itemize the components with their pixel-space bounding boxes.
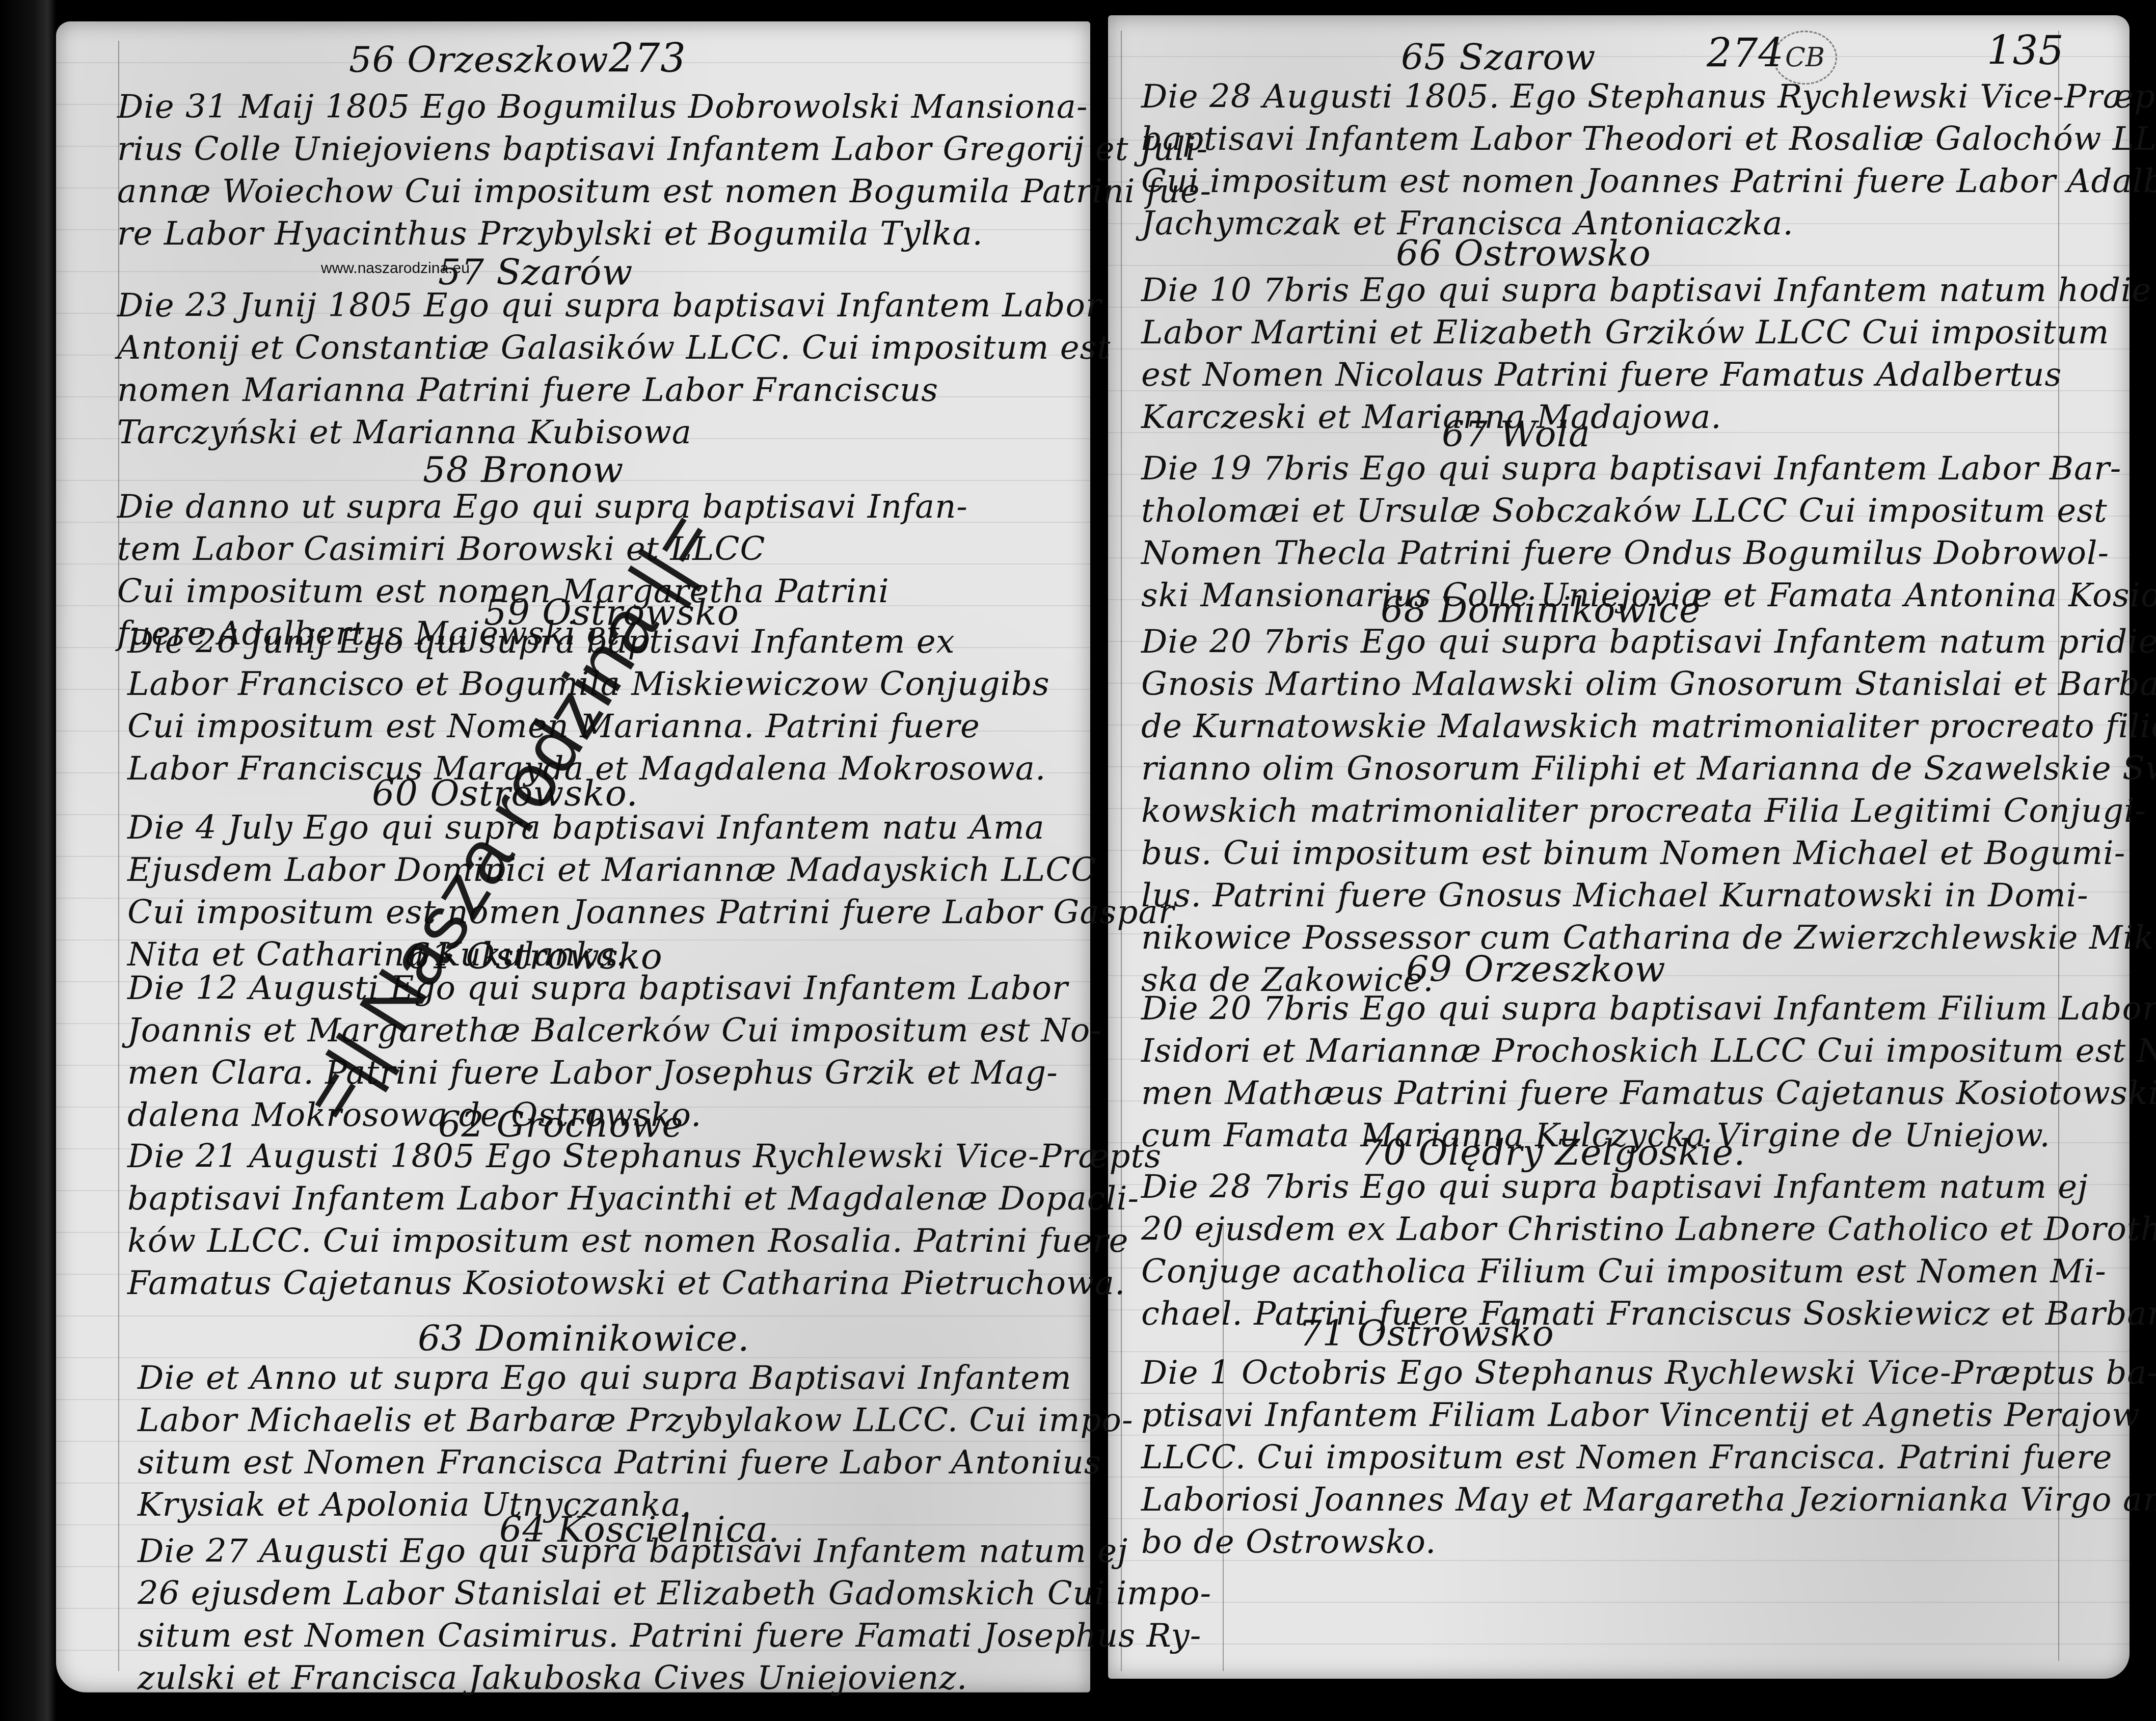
entry-place: Orzeszkow <box>407 39 608 80</box>
entry-line: Isidori et Mariannæ Prochoskich LLCC Cui… <box>1141 1031 2156 1071</box>
site-url-watermark: www.naszarodzina.eu <box>321 260 470 277</box>
entry-line: Nomen Thecla Patrini fuere Ondus Bogumil… <box>1141 533 2109 574</box>
entry-line: men Clara. Patrini fuere Labor Josephus … <box>127 1053 1058 1093</box>
entry-line: situm est Nomen Francisca Patrini fuere … <box>138 1442 1101 1483</box>
entry-line: zulski et Francisca Jakuboska Cives Unie… <box>138 1658 967 1699</box>
entry-line: bo de Ostrowsko. <box>1141 1522 1436 1563</box>
entry-line: Cui impositum est nomen Joannes Patrini … <box>1141 161 2156 202</box>
entry-line: lus. Patrini fuere Gnosus Michael Kurnat… <box>1141 875 2089 916</box>
entry-line: Die 4 July Ego qui supra baptisavi Infan… <box>127 808 1045 848</box>
entry-line: tholomæi et Ursulæ Sobczaków LLCC Cui im… <box>1141 491 2108 531</box>
entry-line: Die 31 Maij 1805 Ego Bogumilus Dobrowols… <box>117 87 1088 127</box>
entry-number: 66 <box>1396 232 1442 274</box>
entry-line: Die 27 Augusti Ego qui supra baptisavi I… <box>138 1531 1128 1572</box>
entry-line: Die 1 Octobris Ego Stephanus Rychlewski … <box>1141 1353 2156 1393</box>
entry-line: Die 12 Augusti Ego qui supra baptisavi I… <box>127 968 1068 1009</box>
entry-place: Dominikowice. <box>476 1317 749 1359</box>
entry-place: Bronow <box>481 449 624 491</box>
entry-line: Tarczyński et Marianna Kubisowa <box>117 412 692 453</box>
entry-line: Laboriosi Joannes May et Margaretha Jezi… <box>1141 1480 2156 1520</box>
entry-line: 26 ejusdem Labor Stanislai et Elizabeth … <box>138 1573 1211 1614</box>
entry-place: Szarow <box>1459 36 1596 78</box>
entry-place: Ostrowsko <box>1454 232 1651 274</box>
entry-line: Die danno ut supra Ego qui supra baptisa… <box>117 487 968 527</box>
entry-line: Die 28 7bris Ego qui supra baptisavi Inf… <box>1141 1167 2088 1207</box>
book-binding-edge <box>0 0 56 1721</box>
entry-heading: 65 Szarow <box>1401 36 1596 78</box>
entry-line: ków LLCC. Cui impositum est nomen Rosali… <box>127 1221 1128 1261</box>
entry-heading: 56 Orzeszkow <box>349 38 609 81</box>
page-number: 135 <box>1987 28 2064 74</box>
entry-number: 56 <box>349 39 395 80</box>
entry-line: Famatus Cajetanus Kosiotowski et Cathari… <box>127 1263 1125 1304</box>
entry-heading: 58 Bronow <box>423 448 624 491</box>
entry-line: baptisavi Infantem Labor Theodori et Ros… <box>1141 119 2156 159</box>
entry-line: nomen Marianna Patrini fuere Labor Franc… <box>117 370 938 411</box>
entry-line: de Kurnatowskie Malawskich matrimonialit… <box>1141 706 2156 747</box>
entry-line: Gnosis Martino Malawski olim Gnosorum St… <box>1141 664 2156 705</box>
entry-line: Joannis et Margarethæ Balcerków Cui impo… <box>127 1010 1102 1051</box>
entry-line: rianno olim Gnosorum Filiphi et Marianna… <box>1141 748 2156 789</box>
left-folio-number: 273 <box>609 36 686 82</box>
entry-heading: 69 Orzeszkow <box>1406 948 1666 990</box>
entry-line: Die et Anno ut supra Ego qui supra Bapti… <box>138 1358 1072 1399</box>
entry-place: Orzeszkow <box>1464 948 1665 990</box>
entry-place: Ostrowsko <box>1357 1312 1554 1354</box>
entry-line: Cui impositum est nomen Joannes Patrini … <box>127 892 1174 933</box>
entry-line: Die 23 Junij 1805 Ego qui supra baptisav… <box>117 285 1102 326</box>
document-scan: 273 56 Orzeszkow Die 31 Maij 1805 Ego Bo… <box>0 0 2156 1721</box>
entry-line: annæ Woiechow Cui impositum est nomen Bo… <box>117 171 1211 212</box>
entry-number: 58 <box>423 449 469 491</box>
entry-line: Die 20 7bris Ego qui supra baptisavi Inf… <box>1141 988 2156 1029</box>
entry-line: re Labor Hyacinthus Przybylski et Bogumi… <box>117 213 983 254</box>
entry-number: 63 <box>418 1317 464 1359</box>
entry-line: baptisavi Infantem Labor Hyacinthi et Ma… <box>127 1178 1139 1219</box>
entry-line: Labor Martini et Elizabeth Grzików LLCC … <box>1141 312 2109 353</box>
entry-line: Die 21 Augusti 1805 Ego Stephanus Rychle… <box>127 1136 1162 1177</box>
entry-line: ptisavi Infantem Filiam Labor Vincentij … <box>1141 1395 2140 1436</box>
entry-line: Die 10 7bris Ego qui supra baptisavi Inf… <box>1141 270 2151 311</box>
entry-line: chael. Patrini fuere Famati Franciscus S… <box>1141 1294 2156 1334</box>
entry-line: kowskich matrimonialiter procreata Filia… <box>1141 791 2146 831</box>
entry-line: Ejusdem Labor Dominici et Mariannæ Maday… <box>127 850 1096 891</box>
entry-line: Die 28 Augusti 1805. Ego Stephanus Rychl… <box>1141 76 2156 117</box>
entry-number: 65 <box>1401 36 1447 78</box>
entry-number: 71 <box>1299 1312 1345 1354</box>
right-folio-number: 274 <box>1707 31 1784 76</box>
entry-heading: 66 Ostrowsko <box>1396 232 1651 275</box>
entry-line: 20 ejusdem ex Labor Christino Labnere Ca… <box>1141 1209 2156 1250</box>
entry-line: Antonij et Constantiæ Galasików LLCC. Cu… <box>117 328 1111 368</box>
entry-line: situm est Nomen Casimirus. Patrini fuere… <box>138 1616 1201 1656</box>
entry-line: men Mathæus Patrini fuere Famatus Cajeta… <box>1141 1073 2156 1114</box>
entry-line: bus. Cui impositum est binum Nomen Micha… <box>1141 833 2125 874</box>
entry-line: Karczeski et Marianna Madajowa. <box>1141 397 1722 438</box>
entry-heading: 63 Dominikowice. <box>418 1317 750 1360</box>
entry-heading: 71 Ostrowsko <box>1299 1312 1554 1355</box>
entry-line: Die 19 7bris Ego qui supra baptisavi Inf… <box>1141 448 2121 489</box>
entry-line: Die 20 7bris Ego qui supra baptisavi Inf… <box>1141 622 2156 662</box>
entry-line: Conjuge acatholica Filium Cui impositum … <box>1141 1251 2107 1292</box>
entry-line: LLCC. Cui impositum est Nomen Francisca.… <box>1141 1437 2112 1478</box>
entry-line: Labor Michaelis et Barbaræ Przybylakow L… <box>138 1400 1134 1441</box>
entry-line: est Nomen Nicolaus Patrini fuere Famatus… <box>1141 355 2062 395</box>
entry-line: Die 26 Junij Ego qui supra baptisavi Inf… <box>127 622 955 662</box>
entry-line: rius Colle Uniejoviens baptisavi Infante… <box>117 129 1208 170</box>
entry-number: 69 <box>1406 948 1452 990</box>
